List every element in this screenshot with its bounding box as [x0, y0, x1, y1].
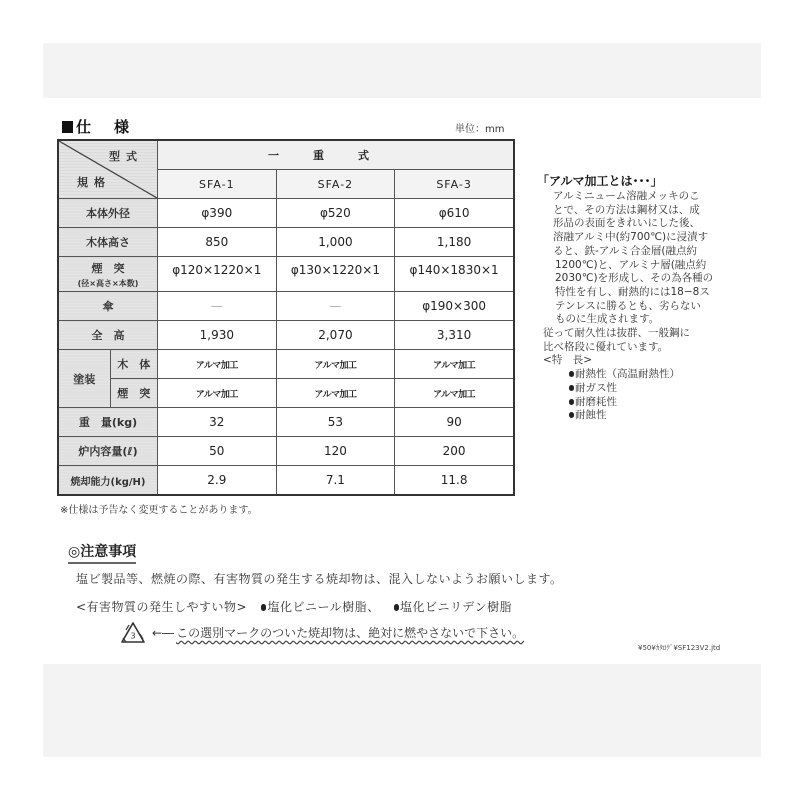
aluma-line: ものに生成されます。 — [553, 313, 768, 327]
cell: — — [158, 292, 277, 321]
corner-header: 型式 規格 — [58, 140, 158, 199]
table-row: 本体外径 φ390 φ520 φ610 — [58, 199, 514, 228]
table-row: 塗装 木 体 アルマ加工 アルマ加工 アルマ加工 — [58, 350, 514, 379]
harmful-item: 塩化ビニール樹脂、 — [267, 600, 379, 614]
aluma-line: 比べ格段に優れています。 — [543, 341, 768, 355]
bottom-grey-band — [43, 664, 761, 757]
aluma-line: 従って耐久性は抜群、一般鋼に — [543, 327, 768, 341]
model-header: SFA-1 — [158, 170, 277, 199]
bullet-icon — [569, 371, 574, 377]
row-sublabel: 木 体 — [110, 350, 157, 379]
model-header: SFA-3 — [395, 170, 514, 199]
recycle-mark-icon: 3 — [120, 621, 146, 645]
cell: φ390 — [158, 199, 277, 228]
square-bullet-icon — [62, 121, 73, 133]
cell: 90 — [395, 408, 514, 437]
cell: 53 — [276, 408, 395, 437]
cell: 120 — [276, 437, 395, 466]
chimney-sublabel: (径×高さ×本数) — [78, 279, 139, 288]
cell: 850 — [158, 228, 277, 257]
feature-item: 耐ガス性 — [553, 382, 768, 396]
aluma-line: 1200℃)と、アルミナ層(融点約 — [553, 259, 768, 273]
aluma-line: 形品の表面をきれいにした後、 — [553, 217, 768, 231]
unit-label: 単位：mm — [455, 120, 504, 135]
spec-section-title: 仕様 — [62, 116, 130, 137]
recycle-warning-text: この選別マークのついた焼却物は、絶対に燃やさないで下さい。 — [176, 626, 524, 640]
row-label: 本体外径 — [58, 199, 158, 228]
type-header-label: 型式 — [109, 148, 143, 164]
bullet-icon — [569, 385, 574, 391]
table-row: 煙 突 アルマ加工 アルマ加工 アルマ加工 — [58, 379, 514, 408]
cell: φ140×1830×1 — [395, 257, 514, 292]
table-row: 焼却能力(kg/H) 2.9 7.1 11.8 — [58, 466, 514, 496]
row-label: 木体高さ — [58, 228, 158, 257]
table-row: 炉内容量(ℓ) 50 120 200 — [58, 437, 514, 466]
harmful-item: 塩化ビニリデン樹脂 — [400, 600, 512, 614]
cell: アルマ加工 — [395, 379, 514, 408]
cell: 1,930 — [158, 321, 277, 350]
bullet-icon — [394, 604, 399, 611]
feature-item: 耐磨耗性 — [553, 396, 768, 410]
cell: 200 — [395, 437, 514, 466]
features-title: <特 長> — [543, 354, 768, 368]
feature-item: 耐蝕性 — [553, 409, 768, 423]
top-grey-band — [43, 43, 761, 98]
row-label: 傘 — [58, 292, 158, 321]
cell: 7.1 — [276, 466, 395, 496]
caution-text: 塩ビ製品等、燃焼の際、有害物質の発生する焼却物は、混入しないようお願いします。 — [76, 570, 563, 587]
row-label: 炉内容量(ℓ) — [58, 437, 158, 466]
left-arrow-icon: ←― — [152, 626, 174, 640]
cell: アルマ加工 — [276, 350, 395, 379]
feature-item: 耐熱性（高温耐熱性） — [553, 368, 768, 382]
row-label: 全 高 — [58, 321, 158, 350]
model-header: SFA-2 — [276, 170, 395, 199]
table-row: 煙 突 (径×高さ×本数) φ120×1220×1 φ130×1220×1 φ1… — [58, 257, 514, 292]
cell: φ190×300 — [395, 292, 514, 321]
aluma-line: ると、鉄-アルミ合金層(融点約 — [553, 245, 768, 259]
cell: 1,000 — [276, 228, 395, 257]
cell: φ520 — [276, 199, 395, 228]
spec-header-label: 規格 — [77, 174, 111, 190]
cell: 50 — [158, 437, 277, 466]
row-label: 焼却能力(kg/H) — [58, 466, 158, 496]
cell: — — [276, 292, 395, 321]
row-label: 重 量(kg) — [58, 408, 158, 437]
aluma-line: 特性を有し、耐熱的には18−8ス — [553, 286, 768, 300]
svg-text:3: 3 — [130, 632, 135, 641]
cell: 11.8 — [395, 466, 514, 496]
type-header: 一重式 — [158, 140, 515, 170]
cell: 2.9 — [158, 466, 277, 496]
cell: 3,310 — [395, 321, 514, 350]
aluma-title: 「アルマ加工とは･･･」 — [537, 172, 663, 189]
caution-title: ◎注意事項 — [68, 541, 136, 564]
row-label: 塗装 — [58, 350, 110, 408]
cell: アルマ加工 — [395, 350, 514, 379]
aluma-line: アルミニューム溶融メッキのこ — [553, 190, 768, 204]
spec-table: 型式 規格 一重式 SFA-1 SFA-2 SFA-3 本体外径 φ390 φ5… — [57, 139, 515, 496]
chimney-label: 煙 突 — [92, 262, 125, 275]
harmful-items-label: <有害物質の発生しやすい物> — [76, 600, 247, 614]
aluma-description: アルミニューム溶融メッキのこ とで、その方法は鋼材又は、成 形品の表面をきれいに… — [553, 190, 768, 423]
cell: φ130×1220×1 — [276, 257, 395, 292]
spec-change-note: ※仕様は予告なく変更することがあります。 — [60, 501, 258, 516]
cell: 32 — [158, 408, 277, 437]
cell: アルマ加工 — [158, 379, 277, 408]
cell: アルマ加工 — [158, 350, 277, 379]
aluma-line: テンレスに勝るとも、劣らない — [553, 300, 768, 314]
table-row: 傘 — — φ190×300 — [58, 292, 514, 321]
bullet-icon — [261, 604, 266, 611]
cell: 2,070 — [276, 321, 395, 350]
cell: φ610 — [395, 199, 514, 228]
document-code: ¥50¥ｶﾀﾛｸﾞ¥SF123V2.jtd — [638, 643, 720, 653]
aluma-line: とで、その方法は鋼材又は、成 — [553, 204, 768, 218]
row-label: 煙 突 (径×高さ×本数) — [58, 257, 158, 292]
table-row: 重 量(kg) 32 53 90 — [58, 408, 514, 437]
aluma-line: 溶融アルミ中(約700℃)に浸漬す — [553, 231, 768, 245]
bullet-icon — [569, 399, 574, 405]
bullet-icon — [569, 412, 574, 418]
cell: アルマ加工 — [276, 379, 395, 408]
aluma-line: 2030℃)を形成し、その為各種の — [553, 272, 768, 286]
cell: 1,180 — [395, 228, 514, 257]
recycle-warning: ←―この選別マークのついた焼却物は、絶対に燃やさないで下さい。 — [152, 624, 524, 641]
table-row: 木体高さ 850 1,000 1,180 — [58, 228, 514, 257]
table-row: 全 高 1,930 2,070 3,310 — [58, 321, 514, 350]
cell: φ120×1220×1 — [158, 257, 277, 292]
harmful-items: <有害物質の発生しやすい物> 塩化ビニール樹脂、 塩化ビニリデン樹脂 — [76, 598, 512, 615]
row-sublabel: 煙 突 — [110, 379, 157, 408]
